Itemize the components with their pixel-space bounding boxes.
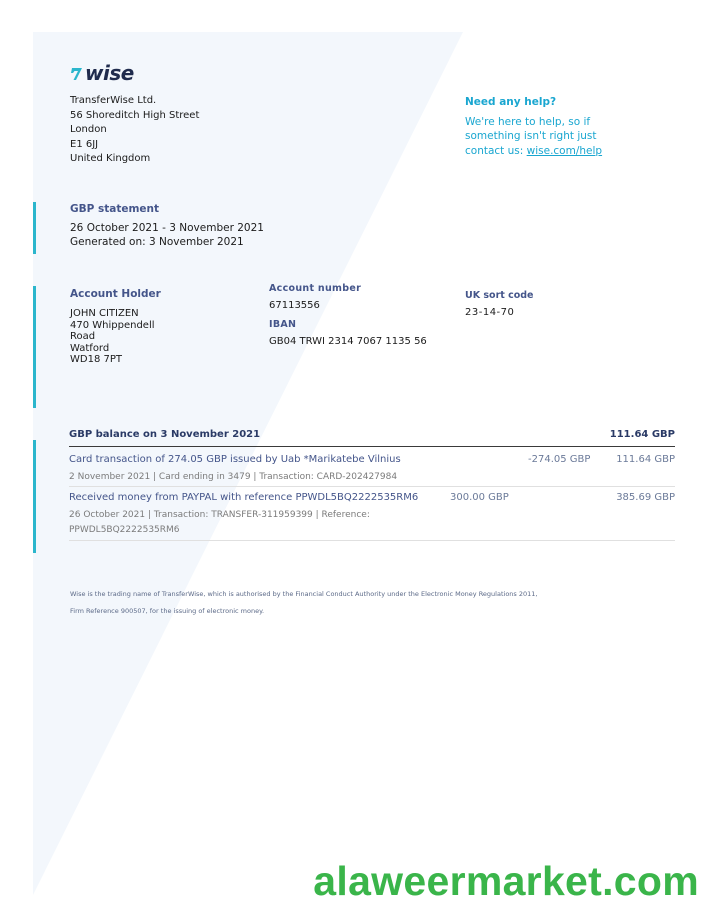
iban-label: IBAN: [269, 319, 427, 330]
legal-footer: Wise is the trading name of TransferWise…: [70, 586, 537, 620]
wise-wordmark: wise: [85, 64, 134, 82]
sender-address-line: 56 Shoreditch High Street: [70, 109, 199, 124]
balance-value: 111.64 GBP: [610, 429, 675, 440]
holder-line: Road: [70, 331, 161, 343]
account-number: 67113556: [269, 300, 427, 311]
account-holder-title: Account Holder: [70, 288, 161, 300]
wise-flag-icon: [70, 65, 84, 81]
holder-accent-bar: [33, 286, 36, 408]
sort-code-section: UK sort code 23-14-70: [465, 290, 534, 318]
transaction-description: Card transaction of 274.05 GBP issued by…: [69, 454, 401, 465]
account-number-label: Account number: [269, 283, 427, 294]
help-contact-prefix: contact us:: [465, 145, 527, 157]
holder-line: Watford: [70, 343, 161, 355]
sender-address: TransferWise Ltd. 56 Shoreditch High Str…: [70, 94, 199, 167]
holder-line: JOHN CITIZEN: [70, 308, 161, 320]
footer-line: Firm Reference 900507, for the issuing o…: [70, 603, 537, 620]
sort-code-value: 23-14-70: [465, 307, 534, 318]
statement-accent-bar: [33, 202, 36, 254]
transaction-balance: 111.64 GBP: [616, 454, 675, 465]
transaction-row: Card transaction of 274.05 GBP issued by…: [69, 454, 675, 487]
transaction-meta: 2 November 2021 | Card ending in 3479 | …: [69, 470, 409, 485]
transactions-accent-bar: [33, 440, 36, 553]
balance-title: GBP balance on 3 November 2021: [69, 429, 260, 440]
balance-header: GBP balance on 3 November 2021 111.64 GB…: [69, 429, 675, 447]
help-line: something isn't right just: [465, 129, 602, 144]
holder-line: WD18 7PT: [70, 354, 161, 366]
statement-generated: Generated on: 3 November 2021: [70, 235, 264, 249]
transaction-row: Received money from PAYPAL with referenc…: [69, 492, 675, 541]
help-contact: contact us: wise.com/help: [465, 144, 602, 159]
wise-logo: wise: [70, 64, 134, 82]
statement-page: wise TransferWise Ltd. 56 Shoreditch Hig…: [0, 0, 711, 916]
sender-address-line: TransferWise Ltd.: [70, 94, 199, 109]
help-box: Need any help? We're here to help, so if…: [465, 95, 602, 158]
help-line: We're here to help, so if: [465, 115, 602, 130]
statement-section: GBP statement 26 October 2021 - 3 Novemb…: [70, 203, 264, 249]
footer-line: Wise is the trading name of TransferWise…: [70, 586, 537, 603]
account-holder-section: Account Holder JOHN CITIZEN 470 Whippend…: [70, 288, 161, 366]
statement-title: GBP statement: [70, 203, 264, 215]
sender-address-line: London: [70, 123, 199, 138]
iban-value: GB04 TRWI 2314 7067 1135 56: [269, 336, 427, 347]
watermark: alaweermarket.com: [313, 858, 699, 904]
transaction-amount: -274.05 GBP: [528, 454, 590, 465]
help-link[interactable]: wise.com/help: [527, 145, 602, 157]
sender-address-line: E1 6JJ: [70, 138, 199, 153]
transaction-amount: 300.00 GBP: [450, 492, 509, 503]
help-title: Need any help?: [465, 95, 602, 110]
sender-address-line: United Kingdom: [70, 152, 199, 167]
statement-period: 26 October 2021 - 3 November 2021: [70, 221, 264, 235]
transaction-meta: 26 October 2021 | Transaction: TRANSFER-…: [69, 508, 409, 537]
sort-code-label: UK sort code: [465, 290, 534, 301]
transaction-description: Received money from PAYPAL with referenc…: [69, 492, 418, 503]
transaction-balance: 385.69 GBP: [616, 492, 675, 503]
account-details: Account number 67113556 IBAN GB04 TRWI 2…: [269, 283, 427, 347]
holder-line: 470 Whippendell: [70, 320, 161, 332]
